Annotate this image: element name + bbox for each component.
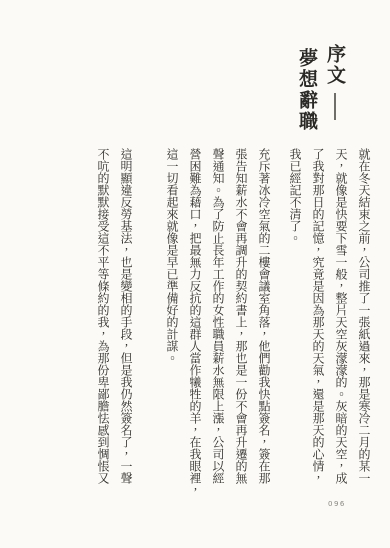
text-column: 不吭的默默接受這不平等條約的我，為那份卑鄙膽怯感到惆悵又 xyxy=(91,148,114,496)
paragraph-2: 充斥著冰冷空氣的二樓會議室角落，他們勸我快點簽名，簽在那 張告知薪水不會再調升的… xyxy=(160,148,275,496)
text-column: 這一切看起來就像是早已準備好的計謀。 xyxy=(160,148,183,496)
title-dash-icon xyxy=(334,93,336,120)
text-column: 天，就像是快要下雪一般，整片天空灰濛濛的。灰暗的天空，成 xyxy=(329,148,352,496)
title-prefix-column: 序文 xyxy=(324,44,346,132)
text-column: 這明顯違反勞基法，也是變相的手段，但是我仍然簽名了，一聲 xyxy=(114,148,137,496)
text-column: 我已經記不清了。 xyxy=(283,148,306,496)
book-page: 序文 夢想辭職 就在冬天結束之前，公司推了一張紙過來，那是寒冷二月的某一 天，就… xyxy=(0,0,390,548)
chapter-title: 序文 夢想辭職 xyxy=(296,44,346,132)
paragraph-3: 這明顯違反勞基法，也是變相的手段，但是我仍然簽名了，一聲 不吭的默默接受這不平等… xyxy=(91,148,137,496)
text-column: 張告知薪水不會再調升的契約書上，那也是一份不會再升遷的無 xyxy=(229,148,252,496)
text-column: 就在冬天結束之前，公司推了一張紙過來，那是寒冷二月的某一 xyxy=(352,148,375,496)
title-main: 夢想辭職 xyxy=(296,48,318,132)
title-prefix: 序文 xyxy=(324,44,346,86)
page-number: 096 xyxy=(328,500,346,508)
text-column: 了我對那日的記憶，究竟是因為那天的天氣，還是那天的心情， xyxy=(306,148,329,496)
paragraph-1: 就在冬天結束之前，公司推了一張紙過來，那是寒冷二月的某一 天，就像是快要下雪一般… xyxy=(283,148,375,496)
text-column: 充斥著冰冷空氣的二樓會議室角落，他們勸我快點簽名，簽在那 xyxy=(252,148,275,496)
text-column: 聲通知。為了防止長年工作的女性職員薪水無限上漲，公司以經 xyxy=(206,148,229,496)
text-column: 營困難為藉口，把最無力反抗的這群人當作犧牲的羊，在我眼裡， xyxy=(183,148,206,496)
body-text: 就在冬天結束之前，公司推了一張紙過來，那是寒冷二月的某一 天，就像是快要下雪一般… xyxy=(91,148,375,496)
